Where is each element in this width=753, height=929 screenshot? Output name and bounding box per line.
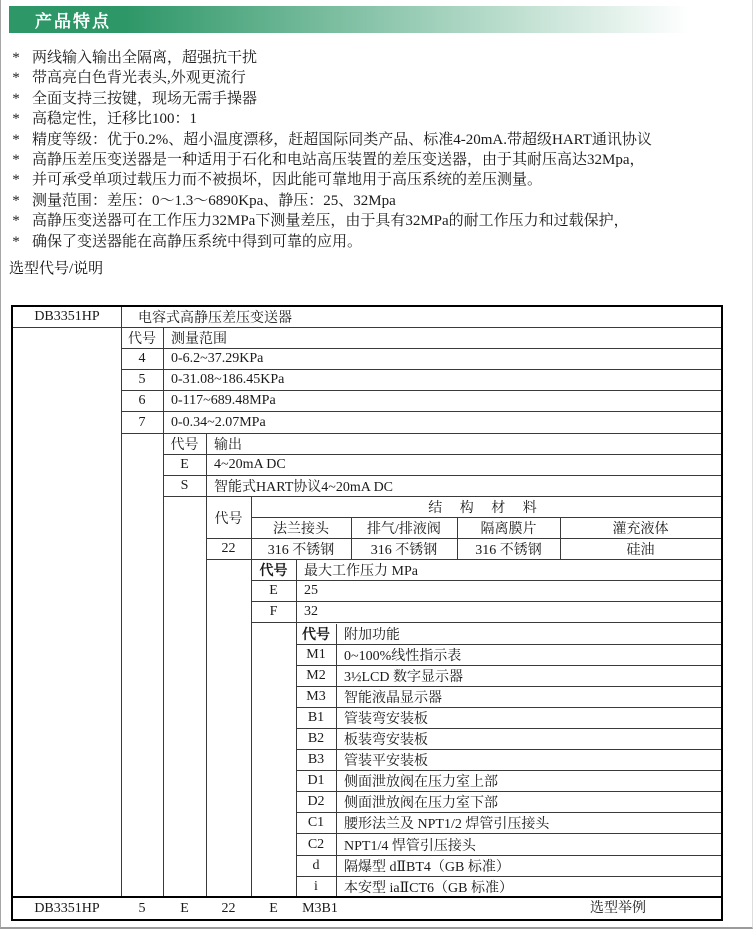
addon-row: C2 NPT1/4 悍管引压接头 <box>296 835 721 856</box>
addon-row: M3 智能液晶显示器 <box>296 687 721 708</box>
addon-desc: NPT1/4 悍管引压接头 <box>336 835 476 855</box>
addon-desc: 智能液晶显示器 <box>336 687 442 707</box>
addon-row: C1 腰形法兰及 NPT1/2 焊管引压接头 <box>296 813 721 834</box>
output-desc: 智能式HART协议4~20mA DC <box>206 476 393 496</box>
material-value: 316 不锈钢 <box>251 539 351 559</box>
range-header-label: 测量范围 <box>163 328 227 348</box>
addon-desc: 本安型 iaⅡCT6（GB 标准） <box>336 877 513 897</box>
range-desc: 0-31.08~186.45KPa <box>163 372 284 388</box>
example-range-code: 5 <box>121 898 163 919</box>
addon-row: B2 板装弯安装板 <box>296 729 721 750</box>
feature-text: 高稳定性，迁移比100：1 <box>32 111 197 127</box>
addon-desc: 管装平安装板 <box>336 750 428 770</box>
range-desc: 0-117~689.48MPa <box>163 393 276 409</box>
addon-desc: 侧面泄放阀在压力室上部 <box>336 771 498 791</box>
document-page: 产品特点 *两线输入输出全隔离，超强抗干扰 *带高亮白色背光表头,外观更流行 *… <box>0 0 753 929</box>
addon-code: C2 <box>296 837 336 853</box>
addon-row: D1 侧面泄放阀在压力室上部 <box>296 771 721 792</box>
feature-item: *测量范围：差压：0～1.3～6890Kpa、静压：25、32Mpa <box>9 191 749 211</box>
example-label: 选型举例 <box>533 898 703 919</box>
bullet-marker: * <box>9 191 23 211</box>
addon-header-label: 附加功能 <box>336 624 400 644</box>
pressure-header-row: 代号 最大工作压力 MPa <box>251 560 721 581</box>
material-col-header: 法兰接头 <box>251 518 351 538</box>
addon-desc: 管装弯安装板 <box>336 708 428 728</box>
feature-text: 精度等级：优于0.2%、超小温度漂移，赶超国际同类产品、标准4-20mA.带超级… <box>32 132 652 148</box>
pressure-code: F <box>251 604 296 620</box>
feature-text: 并可承受单项过载压力而不被损坏，因此能可靠地用于高压系统的差压测量。 <box>32 172 542 188</box>
model-desc: 电容式高静压差压变送器 <box>121 307 292 327</box>
feature-item: *全面支持三按键，现场无需手操器 <box>9 89 749 109</box>
material-value: 316 不锈钢 <box>457 539 560 559</box>
pressure-row: F 32 <box>251 602 721 623</box>
pressure-desc: 25 <box>296 583 318 599</box>
addon-row: B1 管装弯安装板 <box>296 708 721 729</box>
addon-row: M2 3½LCD 数字显示器 <box>296 666 721 687</box>
addon-row: D2 侧面泄放阀在压力室下部 <box>296 792 721 813</box>
addon-desc: 板装弯安装板 <box>336 729 428 749</box>
range-code: 5 <box>121 372 163 388</box>
bullet-marker: * <box>9 89 23 109</box>
output-row: E 4~20mA DC <box>163 455 721 476</box>
addon-row: i 本安型 iaⅡCT6（GB 标准） <box>296 877 721 898</box>
addon-desc: 3½LCD 数字显示器 <box>336 666 463 686</box>
addon-row: B3 管装平安装板 <box>296 750 721 771</box>
addon-desc: 隔爆型 dⅡBT4（GB 标准） <box>336 856 510 876</box>
range-desc: 0-6.2~37.29KPa <box>163 351 263 367</box>
range-row: 4 0-6.2~37.29KPa <box>121 349 721 370</box>
feature-text: 全面支持三按键，现场无需手操器 <box>32 91 257 107</box>
output-row: S 智能式HART协议4~20mA DC <box>163 476 721 497</box>
model-row: DB3351HP 电容式高静压差压变送器 <box>13 307 721 328</box>
material-col-header: 灌充液体 <box>560 518 721 538</box>
addon-row: d 隔爆型 dⅡBT4（GB 标准） <box>296 856 721 877</box>
code-header-cell: 代号 <box>296 624 336 644</box>
feature-item: *并可承受单项过载压力而不被损坏，因此能可靠地用于高压系统的差压测量。 <box>9 170 749 190</box>
pressure-row: E 25 <box>251 581 721 602</box>
feature-text: 高静压差压变送器是一种适用于石化和电站高压装置的差压变送器，由于其耐压高达32M… <box>32 152 645 168</box>
example-model: DB3351HP <box>13 898 121 919</box>
feature-list: *两线输入输出全隔离，超强抗干扰 *带高亮白色背光表头,外观更流行 *全面支持三… <box>9 48 749 252</box>
feature-item: *高稳定性，迁移比100：1 <box>9 109 749 129</box>
feature-text: 测量范围：差压：0～1.3～6890Kpa、静压：25、32Mpa <box>32 193 396 209</box>
range-header-row: 代号 测量范围 <box>121 328 721 349</box>
model-code: DB3351HP <box>13 309 121 325</box>
bullet-marker: * <box>9 109 23 129</box>
feature-text: 带高亮白色背光表头,外观更流行 <box>32 70 246 86</box>
feature-text: 高静压变送器可在工作压力32MPa下测量差压，由于具有32MPa的耐工作压力和过… <box>32 213 629 229</box>
addon-code: B2 <box>296 731 336 747</box>
addon-desc: 0~100%线性指示表 <box>336 645 461 665</box>
bullet-marker: * <box>9 130 23 150</box>
feature-item: *精度等级：优于0.2%、超小温度漂移，赶超国际同类产品、标准4-20mA.带超… <box>9 130 749 150</box>
addon-desc: 腰形法兰及 NPT1/2 焊管引压接头 <box>336 813 549 833</box>
feature-text: 确保了变送器能在高静压系统中得到可靠的应用。 <box>32 234 362 250</box>
material-code: 22 <box>206 541 251 557</box>
addon-code: M1 <box>296 647 336 663</box>
pressure-desc: 32 <box>296 604 318 620</box>
material-value: 316 不锈钢 <box>351 539 457 559</box>
section-banner: 产品特点 <box>9 6 741 33</box>
range-desc: 0-0.34~2.07MPa <box>163 415 266 431</box>
feature-item: *带高亮白色背光表头,外观更流行 <box>9 68 749 88</box>
addon-code: B3 <box>296 752 336 768</box>
code-header-cell: 代号 <box>121 328 163 348</box>
output-code: S <box>163 478 206 494</box>
code-header-cell: 代号 <box>163 434 206 454</box>
addon-code: B1 <box>296 710 336 726</box>
bullet-marker: * <box>9 232 23 252</box>
bullet-marker: * <box>9 211 23 231</box>
output-header-label: 输出 <box>206 434 242 454</box>
addon-code: i <box>296 879 336 895</box>
range-row: 6 0-117~689.48MPa <box>121 391 721 412</box>
example-material-code: 22 <box>206 898 251 919</box>
bullet-marker: * <box>9 150 23 170</box>
addon-code: M3 <box>296 689 336 705</box>
addon-code: D1 <box>296 773 336 789</box>
material-col-header: 隔离膜片 <box>457 518 560 538</box>
code-header-cell: 代号 <box>251 560 296 580</box>
example-row: DB3351HP 5 E 22 E M3B1 选型举例 <box>13 898 721 919</box>
example-output-code: E <box>163 898 206 919</box>
material-columns-row: 法兰接头 排气/排液阀 隔离膜片 灌充液体 <box>206 518 721 539</box>
example-pressure-code: E <box>251 898 296 919</box>
range-code: 4 <box>121 351 163 367</box>
bullet-marker: * <box>9 48 23 68</box>
addon-code: d <box>296 858 336 874</box>
feature-item: *两线输入输出全隔离，超强抗干扰 <box>9 48 749 68</box>
pressure-code: E <box>251 583 296 599</box>
addon-code: M2 <box>296 668 336 684</box>
selection-table: DB3351HP 电容式高静压差压变送器 代号 测量范围 4 0-6.2~37.… <box>11 305 723 921</box>
feature-item: *高静压变送器可在工作压力32MPa下测量差压，由于具有32MPa的耐工作压力和… <box>9 211 749 231</box>
feature-text: 两线输入输出全隔离，超强抗干扰 <box>32 50 257 66</box>
range-row: 7 0-0.34~2.07MPa <box>121 413 721 434</box>
material-title-row: 结 构 材 料 <box>251 497 721 518</box>
material-title: 结 构 材 料 <box>251 497 721 517</box>
feature-item: *确保了变送器能在高静压系统中得到可靠的应用。 <box>9 232 749 252</box>
output-code: E <box>163 457 206 473</box>
range-code: 6 <box>121 393 163 409</box>
bullet-marker: * <box>9 68 23 88</box>
addon-code: D2 <box>296 794 336 810</box>
addon-desc: 侧面泄放阀在压力室下部 <box>336 792 498 812</box>
material-value: 硅油 <box>560 539 721 559</box>
range-code: 7 <box>121 415 163 431</box>
selection-section-title: 选型代号/说明 <box>9 257 103 278</box>
pressure-header-label: 最大工作压力 MPa <box>296 560 418 580</box>
banner-title: 产品特点 <box>35 7 111 32</box>
addon-code: C1 <box>296 815 336 831</box>
addon-header-row: 代号 附加功能 <box>296 624 721 645</box>
bullet-marker: * <box>9 170 23 190</box>
range-row: 5 0-31.08~186.45KPa <box>121 370 721 391</box>
material-row: 22 316 不锈钢 316 不锈钢 316 不锈钢 硅油 <box>206 539 721 560</box>
example-addon-code: M3B1 <box>296 898 344 919</box>
material-col-header: 排气/排液阀 <box>351 518 457 538</box>
output-header-row: 代号 输出 <box>163 434 721 455</box>
feature-item: *高静压差压变送器是一种适用于石化和电站高压装置的差压变送器，由于其耐压高达32… <box>9 150 749 170</box>
addon-row: M1 0~100%线性指示表 <box>296 645 721 666</box>
output-desc: 4~20mA DC <box>206 457 286 473</box>
